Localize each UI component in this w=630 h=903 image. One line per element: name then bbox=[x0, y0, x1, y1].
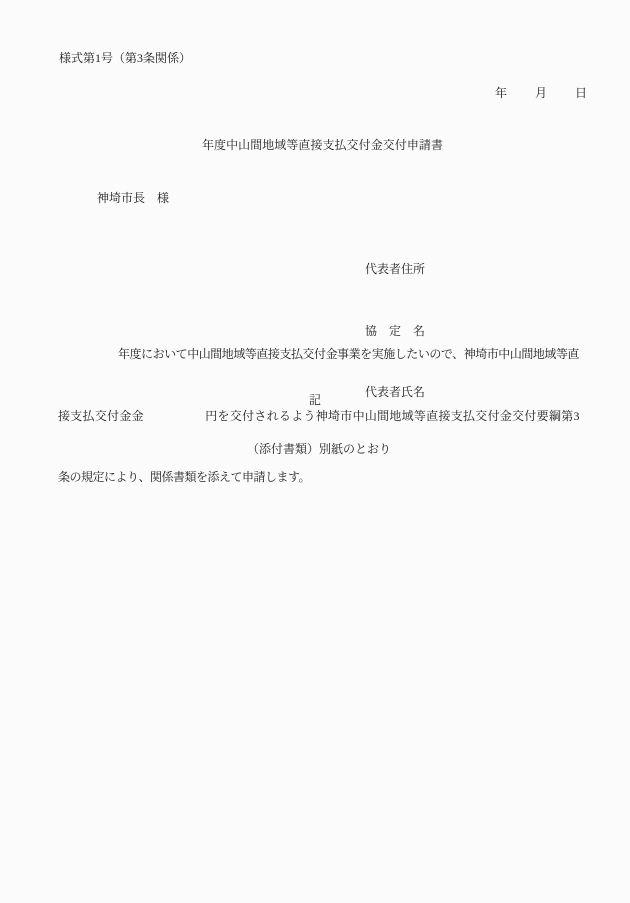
body-paragraph: 年度において中山間地域等直接支払交付金事業を実施したいので、神埼市中山間地域等直… bbox=[58, 303, 579, 529]
date-month-label: 月 bbox=[535, 87, 547, 99]
body-line-3: 条の規定により、関係書類を添えて申請します。 bbox=[58, 467, 579, 488]
document-title: 年度中山間地域等直接支払交付金交付申請書 bbox=[202, 139, 443, 151]
addressee: 神埼市長 様 bbox=[97, 192, 169, 204]
body-line-2: 接支払交付金金 円を交付されるよう神埼市中山間地域等直接支払交付金交付要綱第3 bbox=[58, 406, 579, 427]
attachment-note: （添付書類）別紙のとおり bbox=[247, 443, 391, 455]
body-line-1: 年度において中山間地域等直接支払交付金事業を実施したいので、神埼市中山間地域等直 bbox=[58, 344, 579, 365]
representative-address-label: 代表者住所 bbox=[365, 259, 425, 280]
date-year-label: 年 bbox=[495, 87, 507, 99]
ki-marker: 記 bbox=[0, 394, 630, 406]
date-day-label: 日 bbox=[575, 87, 587, 99]
document-page: 様式第1号（第3条関係） 年 月 日 年度中山間地域等直接支払交付金交付申請書 … bbox=[0, 0, 630, 903]
form-number: 様式第1号（第3条関係） bbox=[59, 52, 191, 64]
